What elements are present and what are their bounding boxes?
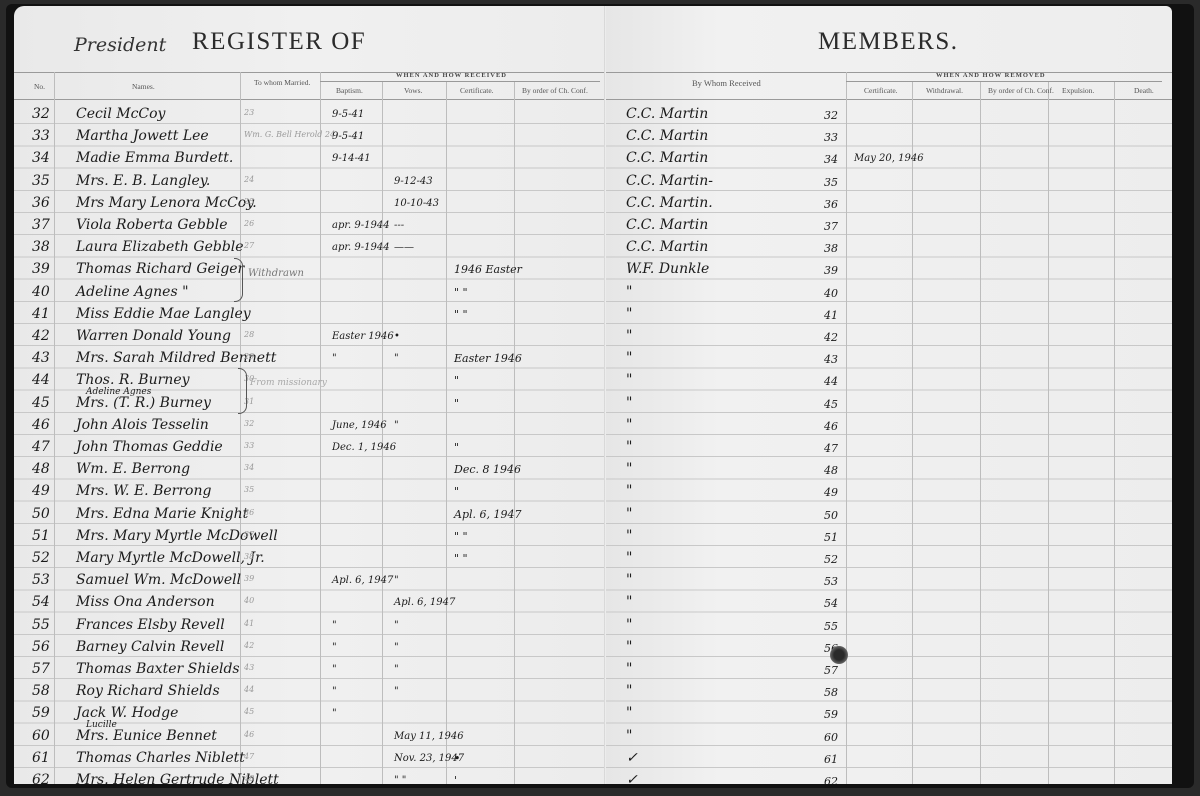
- vows-date: ": [394, 575, 399, 586]
- register-row-right: C.C. Martin37: [606, 215, 1172, 237]
- member-name: Samuel Wm. McDowell: [76, 572, 241, 588]
- header-rule-top: [606, 72, 1172, 73]
- member-number-right: 52: [824, 553, 838, 566]
- right-page: MEMBERS. By Whom Received WHEN AND HOW R…: [606, 6, 1172, 784]
- register-row: 54Miss Ona Anderson40Apl. 6, 1947: [14, 592, 606, 614]
- married-cell: 24: [244, 175, 254, 184]
- member-name: Viola Roberta Gebble: [76, 217, 228, 233]
- baptism-date: ": [332, 686, 337, 697]
- col-header-names: Names.: [132, 82, 155, 91]
- member-number-right: 59: [824, 708, 838, 721]
- group-rule: [320, 81, 600, 82]
- received-by: C.C. Martin: [626, 128, 708, 144]
- member-number-right: 33: [824, 131, 838, 144]
- register-row: 39Thomas Richard Geiger1946 Easter: [14, 259, 606, 281]
- member-name: Cecil McCoy: [76, 106, 165, 122]
- col-header-withdrawal: Withdrawal.: [926, 86, 963, 95]
- member-name: Thomas Baxter Shields: [76, 661, 240, 677]
- member-name: Thomas Charles Niblett: [76, 750, 245, 766]
- received-by: ": [626, 617, 632, 633]
- baptism-date: apr. 9-1944: [332, 220, 390, 231]
- register-row: 57Thomas Baxter Shields43"": [14, 659, 606, 681]
- member-number: 51: [32, 528, 50, 544]
- vows-date: ": [394, 353, 399, 364]
- missionary-bracket: [238, 368, 247, 414]
- received-by: ": [626, 506, 632, 522]
- member-number-right: 50: [824, 509, 838, 522]
- col-header-order: By order of Ch. Conf.: [988, 86, 1054, 95]
- married-cell: 45: [244, 707, 254, 716]
- member-name: Adeline Agnes ": [76, 284, 189, 300]
- register-row-right: W.F. Dunkle39: [606, 259, 1172, 281]
- register-row-right: C.C. Martin.36: [606, 193, 1172, 215]
- received-by: C.C. Martin: [626, 239, 708, 255]
- married-cell: 48: [244, 774, 254, 783]
- member-name: Wm. E. Berrong: [76, 461, 190, 477]
- register-row-right: ✓61: [606, 748, 1172, 770]
- member-name: Mrs. (T. R.) Burney: [76, 395, 211, 411]
- baptism-date: 9-14-41: [332, 153, 371, 164]
- register-row-right: "45: [606, 393, 1172, 415]
- vows-date: ": [394, 642, 399, 653]
- register-row: 62Mrs. Helen Gertrude Niblett48" "': [14, 770, 606, 784]
- married-cell: 46: [244, 730, 254, 739]
- member-number-right: 49: [824, 486, 838, 499]
- member-number-right: 35: [824, 176, 838, 189]
- register-row: 60Mrs. Eunice Bennet46May 11, 1946Lucill…: [14, 726, 606, 748]
- col-header-certificate: Certificate.: [460, 86, 494, 95]
- married-cell: 32: [244, 419, 254, 428]
- register-row-right: "58: [606, 681, 1172, 703]
- register-row-right: "59: [606, 703, 1172, 725]
- register-row: 52Mary Myrtle McDowell, Jr.38" ": [14, 548, 606, 570]
- register-row: 56Barney Calvin Revell42"": [14, 637, 606, 659]
- certificate-received: " ": [454, 552, 468, 565]
- baptism-date: 9-5-41: [332, 109, 364, 120]
- married-cell: 38: [244, 552, 254, 561]
- member-name: Martha Jowett Lee: [76, 128, 209, 144]
- vows-date: ——: [394, 242, 414, 253]
- vows-date: ---: [394, 220, 404, 231]
- received-by: ": [626, 683, 632, 699]
- member-number-right: 53: [824, 575, 838, 588]
- register-row: 36Mrs Mary Lenora McCoy.2510-10-43: [14, 193, 606, 215]
- received-by: ": [626, 572, 632, 588]
- certificate-received: ": [454, 374, 459, 387]
- page-title-right: MEMBERS.: [818, 28, 959, 56]
- removed-certificate: May 20, 1946: [854, 153, 924, 164]
- register-row-right: "51: [606, 526, 1172, 548]
- member-number-right: 43: [824, 353, 838, 366]
- member-number: 39: [32, 261, 50, 277]
- member-number-right: 54: [824, 597, 838, 610]
- received-by: ": [626, 439, 632, 455]
- register-row-right: "47: [606, 437, 1172, 459]
- member-number: 62: [32, 772, 50, 784]
- register-row-right: C.C. Martin34May 20, 1946: [606, 148, 1172, 170]
- certificate-received: Apl. 6, 1947: [454, 508, 521, 521]
- received-by: ": [626, 350, 632, 366]
- married-cell: 35: [244, 485, 254, 494]
- baptism-date: ": [332, 353, 337, 364]
- margin-note-missionary: From missionary: [250, 378, 327, 388]
- married-cell: 44: [244, 685, 254, 694]
- certificate-received: Easter 1946: [454, 352, 522, 365]
- register-row-right: "49: [606, 481, 1172, 503]
- certificate-received: ": [454, 397, 459, 410]
- received-by: C.C. Martin-: [626, 173, 713, 189]
- certificate-received: •: [454, 752, 461, 765]
- received-by: ": [626, 728, 632, 744]
- group-header-removed: WHEN AND HOW REMOVED: [936, 72, 1046, 79]
- register-row: 40Adeline Agnes "" ": [14, 282, 606, 304]
- member-number-right: 57: [824, 664, 838, 677]
- member-number-right: 36: [824, 198, 838, 211]
- baptism-date: ": [332, 642, 337, 653]
- certificate-received: " ": [454, 530, 468, 543]
- member-number: 58: [32, 683, 50, 699]
- member-number-right: 40: [824, 287, 838, 300]
- register-row: 55Frances Elsby Revell41"": [14, 615, 606, 637]
- register-row-right: ✓62: [606, 770, 1172, 784]
- register-row-right: C.C. Martin38: [606, 237, 1172, 259]
- withdrawn-bracket: [234, 258, 243, 302]
- register-row-right: "42: [606, 326, 1172, 348]
- married-cell: 39: [244, 574, 254, 583]
- col-header-death: Death.: [1134, 86, 1154, 95]
- member-number: 33: [32, 128, 50, 144]
- baptism-date: 9-5-41: [332, 131, 364, 142]
- member-number: 55: [32, 617, 50, 633]
- member-name: Mrs. E. B. Langley.: [76, 173, 210, 189]
- register-row-right: "46: [606, 415, 1172, 437]
- member-number: 54: [32, 594, 50, 610]
- register-row-right: "55: [606, 615, 1172, 637]
- col-header-vows: Vows.: [404, 86, 422, 95]
- member-number-right: 44: [824, 375, 838, 388]
- member-name: John Thomas Geddie: [76, 439, 223, 455]
- member-number-right: 61: [824, 753, 838, 766]
- member-number-right: 55: [824, 620, 838, 633]
- register-row: 42Warren Donald Young28Easter 1946•: [14, 326, 606, 348]
- member-number-right: 37: [824, 220, 838, 233]
- register-row-right: "43: [606, 348, 1172, 370]
- col-header-by-whom: By Whom Received: [692, 78, 761, 88]
- vows-date: ": [394, 420, 399, 431]
- member-number-right: 47: [824, 442, 838, 455]
- member-number: 44: [32, 372, 50, 388]
- interlinear-note: Lucille: [86, 720, 117, 730]
- register-row-right: "40: [606, 282, 1172, 304]
- baptism-date: apr. 9-1944: [332, 242, 390, 253]
- married-cell: 34: [244, 463, 254, 472]
- received-by: C.C. Martin.: [626, 195, 713, 211]
- register-row: 33Martha Jowett LeeWm. G. Bell Herold 24…: [14, 126, 606, 148]
- member-number: 60: [32, 728, 50, 744]
- received-by: W.F. Dunkle: [626, 261, 709, 277]
- member-name: John Alois Tesselin: [76, 417, 209, 433]
- received-by: ✓: [626, 772, 638, 784]
- member-number: 50: [32, 506, 50, 522]
- ink-blot: [830, 646, 848, 664]
- vows-date: ": [394, 664, 399, 675]
- member-number-right: 60: [824, 731, 838, 744]
- member-number: 40: [32, 284, 50, 300]
- received-by: ": [626, 284, 632, 300]
- member-number: 49: [32, 483, 50, 499]
- member-number: 45: [32, 395, 50, 411]
- vows-date: " ": [394, 775, 406, 784]
- member-number: 59: [32, 705, 50, 721]
- col-header-order: By order of Ch. Conf.: [522, 86, 588, 95]
- register-row-right: C.C. Martin33: [606, 126, 1172, 148]
- col-header-baptism: Baptism.: [336, 86, 363, 95]
- married-cell: 23: [244, 108, 254, 117]
- received-by: ": [626, 550, 632, 566]
- member-number: 35: [32, 173, 50, 189]
- register-row: 50Mrs. Edna Marie Knight36Apl. 6, 1947: [14, 504, 606, 526]
- baptism-date: ": [332, 620, 337, 631]
- member-number: 36: [32, 195, 50, 211]
- member-name: Warren Donald Young: [76, 328, 231, 344]
- received-by: C.C. Martin: [626, 150, 708, 166]
- member-number: 42: [32, 328, 50, 344]
- member-number: 38: [32, 239, 50, 255]
- register-row: 41Miss Eddie Mae Langley" ": [14, 304, 606, 326]
- register-row: 35Mrs. E. B. Langley.249-12-43: [14, 171, 606, 193]
- baptism-date: Apl. 6, 1947: [332, 575, 393, 586]
- member-number-right: 48: [824, 464, 838, 477]
- vows-date: 10-10-43: [394, 198, 439, 209]
- certificate-received: Dec. 8 1946: [454, 463, 521, 476]
- header-rule-bottom: [606, 99, 1172, 100]
- col-header-married: To whom Married.: [254, 78, 310, 87]
- member-number: 61: [32, 750, 50, 766]
- baptism-date: Dec. 1, 1946: [332, 442, 396, 453]
- vows-date: ": [394, 620, 399, 631]
- register-row: 38Laura Elizabeth Gebble27apr. 9-1944——: [14, 237, 606, 259]
- married-cell: 29: [244, 352, 254, 361]
- married-cell: 33: [244, 441, 254, 450]
- register-row: 58Roy Richard Shields44"": [14, 681, 606, 703]
- member-name: Miss Eddie Mae Langley: [76, 306, 251, 322]
- register-row-right: C.C. Martin32: [606, 104, 1172, 126]
- member-name: Mrs. W. E. Berrong: [76, 483, 211, 499]
- col-header-no: No.: [34, 82, 45, 91]
- baptism-date: Easter 1946: [332, 331, 394, 342]
- register-row: 53Samuel Wm. McDowell39Apl. 6, 1947": [14, 570, 606, 592]
- married-cell: Wm. G. Bell Herold 24: [244, 130, 335, 139]
- member-number: 46: [32, 417, 50, 433]
- member-number-right: 45: [824, 398, 838, 411]
- certificate-received: ": [454, 441, 459, 454]
- received-by: ": [626, 306, 632, 322]
- member-number-right: 42: [824, 331, 838, 344]
- member-number: 32: [32, 106, 50, 122]
- certificate-received: 1946 Easter: [454, 263, 522, 276]
- member-name: Laura Elizabeth Gebble: [76, 239, 244, 255]
- register-row-right: "48: [606, 459, 1172, 481]
- register-row-right: "53: [606, 570, 1172, 592]
- member-number: 47: [32, 439, 50, 455]
- register-row-right: "57: [606, 659, 1172, 681]
- married-cell: 27: [244, 241, 254, 250]
- baptism-date: ": [332, 708, 337, 719]
- register-row-right: "54: [606, 592, 1172, 614]
- married-cell: 40: [244, 596, 254, 605]
- member-number-right: 51: [824, 531, 838, 544]
- certificate-received: ': [454, 774, 457, 784]
- received-by: C.C. Martin: [626, 217, 708, 233]
- received-by: ": [626, 705, 632, 721]
- register-row: 49Mrs. W. E. Berrong35": [14, 481, 606, 503]
- married-cell: 26: [244, 219, 254, 228]
- register-row-right: "50: [606, 504, 1172, 526]
- married-cell: 47: [244, 752, 254, 761]
- member-number: 37: [32, 217, 50, 233]
- vows-date: ": [394, 686, 399, 697]
- interlinear-note: Adeline Agnes: [86, 387, 151, 397]
- received-by: ": [626, 594, 632, 610]
- baptism-date: ": [332, 664, 337, 675]
- member-number: 41: [32, 306, 50, 322]
- register-row: 61Thomas Charles Niblett47Nov. 23, 1947•: [14, 748, 606, 770]
- handwritten-president-note: President: [74, 34, 166, 56]
- member-number: 43: [32, 350, 50, 366]
- member-number-right: 41: [824, 309, 838, 322]
- register-row-right: C.C. Martin-35: [606, 171, 1172, 193]
- register-row: 51Mrs. Mary Myrtle McDowell37" ": [14, 526, 606, 548]
- member-name: Roy Richard Shields: [76, 683, 220, 699]
- member-number: 57: [32, 661, 50, 677]
- baptism-date: June, 1946: [332, 420, 387, 431]
- received-by: ": [626, 417, 632, 433]
- married-cell: 25: [244, 197, 254, 206]
- header-rule-top: [14, 72, 606, 73]
- member-number-right: 58: [824, 686, 838, 699]
- register-row-right: "56: [606, 637, 1172, 659]
- married-cell: 37: [244, 530, 254, 539]
- member-number-right: 38: [824, 242, 838, 255]
- member-name: Frances Elsby Revell: [76, 617, 225, 633]
- margin-note-withdrawn: Withdrawn: [248, 268, 304, 279]
- member-name: Mary Myrtle McDowell, Jr.: [76, 550, 265, 566]
- received-by: ": [626, 461, 632, 477]
- received-by: ": [626, 661, 632, 677]
- member-number-right: 34: [824, 153, 838, 166]
- page-title-left: REGISTER OF: [192, 28, 366, 56]
- member-number: 56: [32, 639, 50, 655]
- certificate-received: " ": [454, 286, 468, 299]
- member-name: Barney Calvin Revell: [76, 639, 224, 655]
- register-row: 48Wm. E. Berrong34Dec. 8 1946: [14, 459, 606, 481]
- member-number: 34: [32, 150, 50, 166]
- received-by: ": [626, 372, 632, 388]
- member-number: 53: [32, 572, 50, 588]
- received-by: C.C. Martin: [626, 106, 708, 122]
- married-cell: 42: [244, 641, 254, 650]
- vows-date: Apl. 6, 1947: [394, 597, 455, 608]
- group-rule: [846, 81, 1162, 82]
- married-cell: 36: [244, 508, 254, 517]
- left-page: President REGISTER OF No. Names. To whom…: [14, 6, 606, 784]
- register-row: 46John Alois Tesselin32June, 1946": [14, 415, 606, 437]
- married-cell: 28: [244, 330, 254, 339]
- member-number: 52: [32, 550, 50, 566]
- member-number-right: 46: [824, 420, 838, 433]
- member-name: Mrs Mary Lenora McCoy.: [76, 195, 257, 211]
- group-header-received: WHEN AND HOW RECEIVED: [396, 72, 507, 79]
- col-header-expulsion: Expulsion.: [1062, 86, 1094, 95]
- received-by: ": [626, 395, 632, 411]
- register-row: 37Viola Roberta Gebble26apr. 9-1944---: [14, 215, 606, 237]
- register-row: 47John Thomas Geddie33Dec. 1, 1946": [14, 437, 606, 459]
- member-name: Mrs. Eunice Bennet: [76, 728, 217, 744]
- member-name: Madie Emma Burdett.: [76, 150, 233, 166]
- member-name: Thomas Richard Geiger: [76, 261, 244, 277]
- header-rule-bottom: [14, 99, 606, 100]
- register-row: 34Madie Emma Burdett.9-14-41: [14, 148, 606, 170]
- member-number-right: 62: [824, 775, 838, 784]
- register-row: 43Mrs. Sarah Mildred Bennett29""Easter 1…: [14, 348, 606, 370]
- vows-date: May 11, 1946: [394, 731, 464, 742]
- register-row-right: "44: [606, 370, 1172, 392]
- received-by: ": [626, 483, 632, 499]
- register-row-right: "52: [606, 548, 1172, 570]
- vows-date: 9-12-43: [394, 176, 433, 187]
- member-name: Miss Ona Anderson: [76, 594, 215, 610]
- received-by: ": [626, 639, 632, 655]
- member-number-right: 32: [824, 109, 838, 122]
- certificate-received: ": [454, 485, 459, 498]
- certificate-received: " ": [454, 308, 468, 321]
- vows-date: •: [394, 331, 400, 342]
- married-cell: 43: [244, 663, 254, 672]
- received-by: ": [626, 328, 632, 344]
- register-row-right: "60: [606, 726, 1172, 748]
- member-name: Mrs. Edna Marie Knight: [76, 506, 248, 522]
- register-row-right: "41: [606, 304, 1172, 326]
- register-row: 45Mrs. (T. R.) Burney31"Adeline Agnes: [14, 393, 606, 415]
- married-cell: 41: [244, 619, 254, 628]
- register-row: 32Cecil McCoy239-5-41: [14, 104, 606, 126]
- member-number-right: 39: [824, 264, 838, 277]
- received-by: ✓: [626, 750, 638, 766]
- member-number: 48: [32, 461, 50, 477]
- received-by: ": [626, 528, 632, 544]
- col-header-certificate: Certificate.: [864, 86, 898, 95]
